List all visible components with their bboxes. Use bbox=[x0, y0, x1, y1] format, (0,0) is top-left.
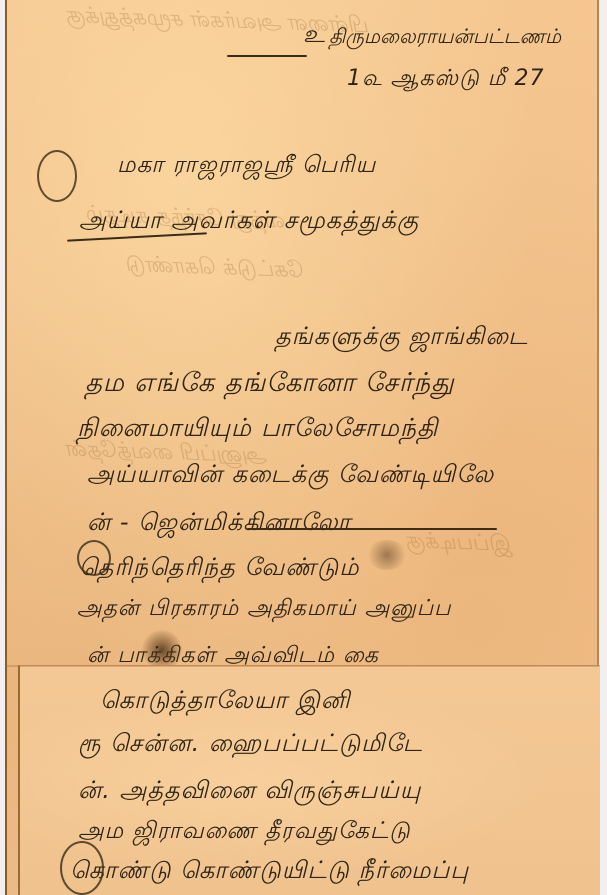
pen-stroke bbox=[247, 528, 497, 530]
pen-flourish bbox=[60, 841, 104, 895]
letter-line: ன். அத்தவினை விருஞ்சுபய்யு bbox=[78, 776, 421, 807]
pen-stroke bbox=[227, 55, 307, 57]
paper-fold bbox=[5, 665, 599, 667]
invocation-mark: உ bbox=[303, 20, 326, 51]
letter-place: திருமலைராயன்பட்டணம் bbox=[329, 24, 561, 51]
letter-line: அய்யா அவர்கள் சமூகத்துக்கு bbox=[79, 206, 419, 237]
letter-line: தங்களுக்கு ஜாங்கிடை bbox=[275, 322, 528, 353]
letter-line: தம எங்கே தங்கோனா சேர்ந்து bbox=[85, 368, 455, 401]
letter-line: அய்யாவின் கடைக்கு வேண்டியிலே bbox=[87, 460, 494, 491]
letter-line: தெரிந்தெரிந்த வேண்டும் bbox=[79, 553, 360, 584]
bleed-through-text: இப்படிக்கு bbox=[407, 528, 513, 560]
letter-date: 1௳ ஆகஸ்டு மீ 27 bbox=[347, 66, 544, 94]
letter-line: ரூ சென்ன. ஹைபப்பட்டுமிடே bbox=[78, 729, 423, 760]
ink-stain bbox=[367, 540, 407, 570]
letter-line: கொடுத்தாலேயா இனி bbox=[100, 686, 351, 717]
letter-line: நினைமாயியும் பாலேசோமந்தி bbox=[77, 413, 438, 446]
letter-line: ன் - ஜென்மிக்கினாலோ bbox=[87, 508, 351, 539]
letter-line: அதன் பிரகாரம் அதிகமாய் அனுப்ப bbox=[77, 596, 451, 624]
pen-flourish bbox=[37, 150, 77, 202]
bleed-through-text: கேட்டுக் கொண்டு bbox=[127, 252, 306, 286]
pen-flourish bbox=[77, 540, 111, 576]
letter-line: அம ஜிராவணை தீரவதுகேட்டு bbox=[78, 818, 411, 847]
letter-line: மகா ராஜராஜஸ்ரீ பெரிய bbox=[117, 152, 376, 181]
letter-line: கொண்டு கொண்டுயிட்டு நீர்மைப்பு bbox=[70, 856, 469, 887]
manuscript-lower-fold: கொடுத்தாலேயா இனி ரூ சென்ன. ஹைபப்பட்டுமிட… bbox=[18, 665, 600, 895]
ink-stain bbox=[142, 630, 182, 670]
